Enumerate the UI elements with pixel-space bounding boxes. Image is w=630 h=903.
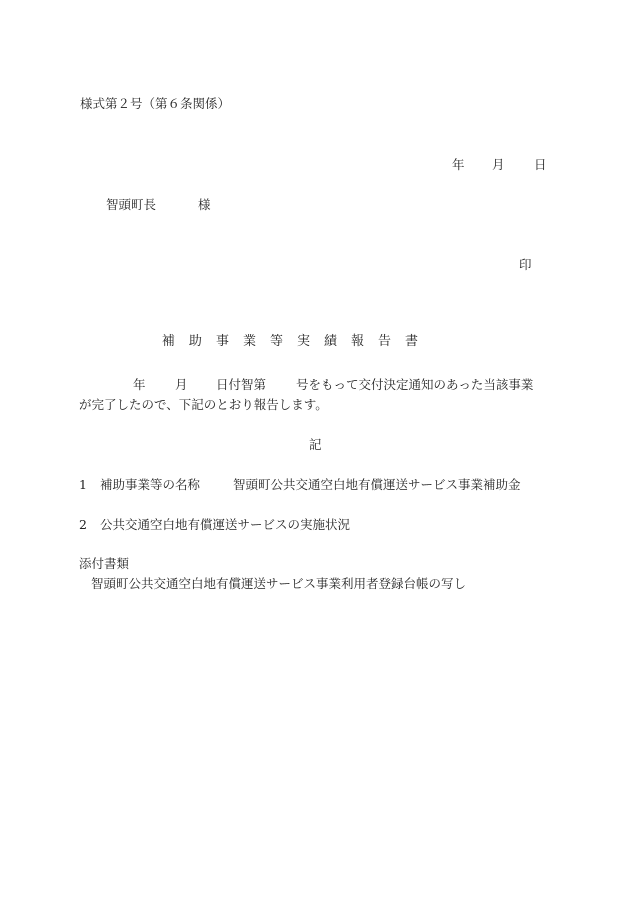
addressee-name: 智頭町長	[106, 197, 156, 213]
addressee-honorific: 様	[198, 197, 211, 213]
item-1-number: 1	[79, 477, 87, 493]
date-year: 年	[452, 157, 465, 173]
attachment-item: 智頭町公共交通空白地有償運送サービス事業利用者登録台帳の写し	[91, 576, 466, 592]
title-char: 績	[324, 334, 337, 350]
title-char: 等	[270, 334, 283, 350]
item-2-label: 公共交通空白地有償運送サービスの実施状況	[100, 517, 350, 533]
seal-mark: 印	[519, 257, 532, 273]
body-year: 年	[133, 377, 146, 393]
item-1-label: 補助事業等の名称	[100, 477, 200, 493]
item-2-number: 2	[79, 517, 87, 533]
body-line1-rest: 号をもって交付決定通知のあった当該事業	[296, 377, 533, 393]
attachments-heading: 添付書類	[79, 556, 129, 572]
title-char: 報	[351, 334, 364, 350]
body-line2: が完了したので、下記のとおり報告します。	[79, 397, 328, 413]
title-char: 実	[297, 334, 310, 350]
ki-mark: 記	[309, 437, 322, 453]
title-char: 書	[405, 334, 418, 350]
body-month: 月	[175, 377, 188, 393]
item-1-value: 智頭町公共交通空白地有償運送サービス事業補助金	[233, 477, 521, 493]
body-day-ref: 日付智第	[216, 377, 266, 393]
title-char: 事	[216, 334, 229, 350]
title-char: 補	[162, 334, 175, 350]
date-month: 月	[492, 157, 505, 173]
title-char: 助	[189, 334, 202, 350]
title-char: 告	[378, 334, 391, 350]
title-char: 業	[243, 334, 256, 350]
form-number: 様式第２号（第６条関係）	[80, 96, 230, 112]
date-day: 日	[534, 157, 547, 173]
document-title: 補助事業等実績報告書	[146, 317, 432, 366]
